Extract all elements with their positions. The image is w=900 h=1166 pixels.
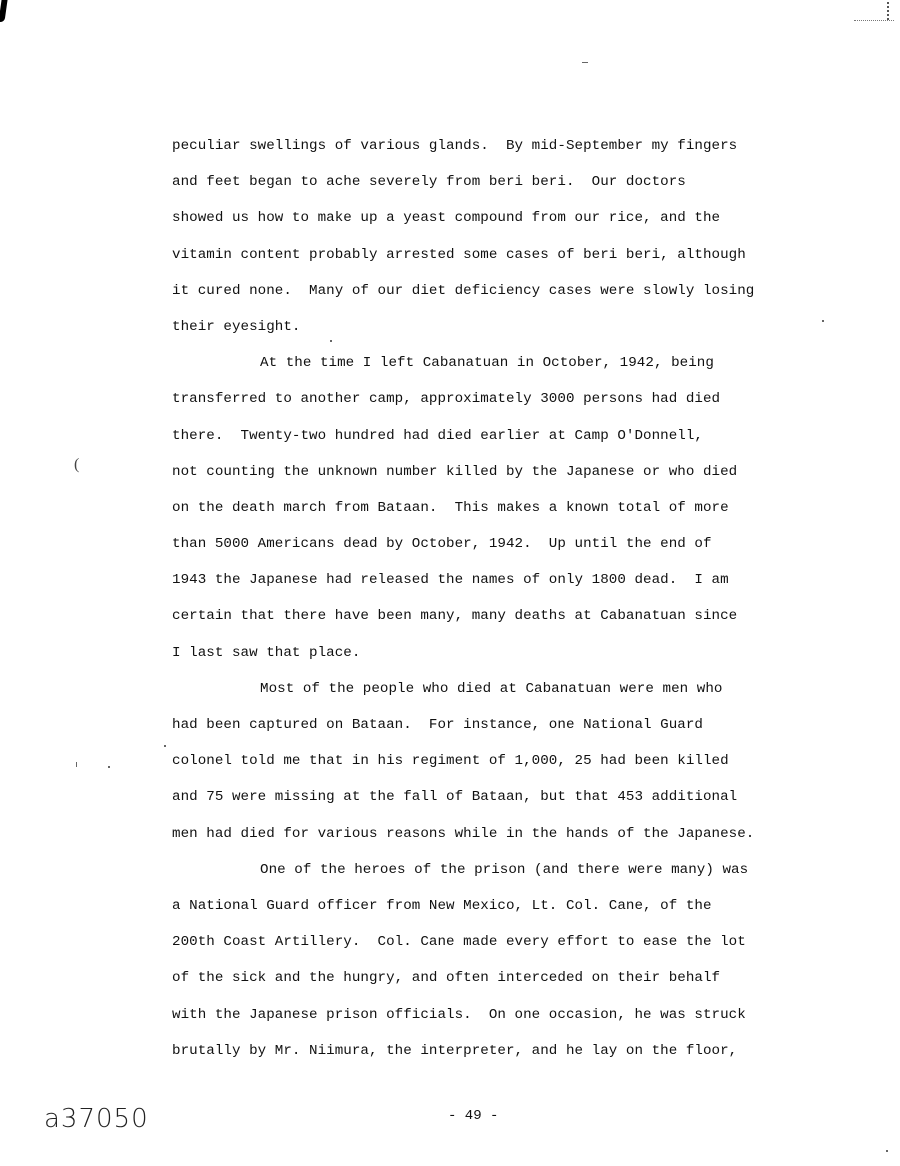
paragraph-4: One of the heroes of the prison (and the…	[172, 852, 812, 1069]
text-line: and feet began to ache severely from ber…	[172, 164, 812, 200]
paragraph-3: Most of the people who died at Cabanatua…	[172, 671, 812, 852]
text-line: with the Japanese prison officials. On o…	[172, 997, 812, 1033]
text-line: certain that there have been many, many …	[172, 598, 812, 634]
text-line: not counting the unknown number killed b…	[172, 454, 812, 490]
text-line: showed us how to make up a yeast compoun…	[172, 200, 812, 236]
text-line: there. Twenty-two hundred had died earli…	[172, 418, 812, 454]
scan-speck	[164, 745, 166, 747]
text-line: on the death march from Bataan. This mak…	[172, 490, 812, 526]
text-line: brutally by Mr. Niimura, the interpreter…	[172, 1033, 812, 1069]
text-line: of the sick and the hungry, and often in…	[172, 960, 812, 996]
text-line: and 75 were missing at the fall of Bataa…	[172, 779, 812, 815]
scan-speck	[582, 62, 588, 63]
margin-mark: (	[74, 456, 79, 474]
text-line: a National Guard officer from New Mexico…	[172, 888, 812, 924]
scan-speck	[330, 340, 332, 342]
scan-corner-mark	[0, 0, 8, 22]
text-line: had been captured on Bataan. For instanc…	[172, 707, 812, 743]
text-line: 200th Coast Artillery. Col. Cane made ev…	[172, 924, 812, 960]
text-line: vitamin content probably arrested some c…	[172, 237, 812, 273]
handwritten-archive-id: a37050	[44, 1104, 149, 1134]
text-line: One of the heroes of the prison (and the…	[172, 852, 812, 888]
body-text: peculiar swellings of various glands. By…	[172, 128, 812, 1069]
scan-speck	[822, 320, 824, 322]
text-line: I last saw that place.	[172, 635, 812, 671]
text-line: At the time I left Cabanatuan in October…	[172, 345, 812, 381]
scan-speck	[108, 766, 110, 768]
text-line: their eyesight.	[172, 309, 812, 345]
paragraph-1: peculiar swellings of various glands. By…	[172, 128, 812, 345]
text-line: it cured none. Many of our diet deficien…	[172, 273, 812, 309]
page-number: - 49 -	[448, 1108, 498, 1124]
text-line: peculiar swellings of various glands. By…	[172, 128, 812, 164]
text-line: 1943 the Japanese had released the names…	[172, 562, 812, 598]
document-page: ( peculiar swellings of various glands. …	[0, 0, 900, 1166]
paragraph-2: At the time I left Cabanatuan in October…	[172, 345, 812, 671]
scan-speck	[886, 1150, 888, 1152]
text-line: than 5000 Americans dead by October, 194…	[172, 526, 812, 562]
text-line: colonel told me that in his regiment of …	[172, 743, 812, 779]
scan-speck	[76, 762, 77, 767]
scan-artifact	[854, 4, 894, 21]
text-line: transferred to another camp, approximate…	[172, 381, 812, 417]
text-line: Most of the people who died at Cabanatua…	[172, 671, 812, 707]
text-line: men had died for various reasons while i…	[172, 816, 812, 852]
